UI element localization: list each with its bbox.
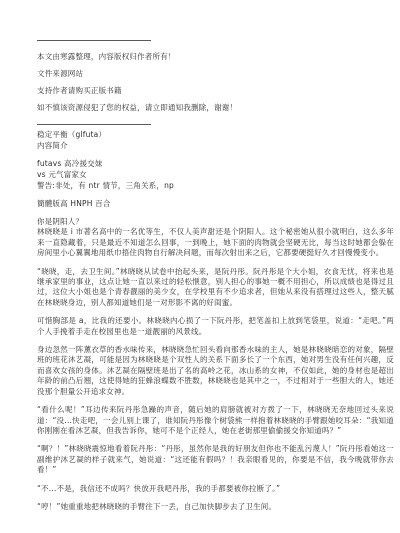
story-paragraph: “晓晓，走，去卫生间。”林晓晓从试卷中抬起头来，是阮丹彤。阮丹彤是个大小姐，衣食… <box>37 267 394 309</box>
story-hook-line: 你是阴阳人？ <box>37 217 394 227</box>
section-label: 内容简介 <box>37 140 394 151</box>
notice-line-removal: 如不慎该资源侵犯了您的权益，请立即通知我删除，谢谢！ <box>37 103 394 112</box>
divider-line-bottom <box>37 124 151 125</box>
story-paragraph: 身边忽然一阵薰衣草的香水味传来，林晓晓急忙回头看向那香水味的主人，她是林晓晓暗恋… <box>37 345 394 397</box>
story-paragraph: “不...不是，我信还不成吗？快放开我吧丹彤，我的手都要被你拉断了。” <box>37 484 394 494</box>
tag-line-warning: 警告:非处，有 ntr 情节，三角关系，np <box>37 180 394 191</box>
story-paragraph: 林晓晓是 i 市著名高中的一名优等生，不仅人美声甜还是个阴阳人。这个秘密她从很小… <box>37 227 394 258</box>
notice-line-support: 支持作者请购买正版书籍 <box>37 86 394 95</box>
story-paragraph: “啊？！”林晓晓震惊地看着阮丹彤：“丹彤，虽然你是我的好朋友但你也不能乱污蔑人！… <box>37 444 394 475</box>
notice-line-source: 本文由寒露整理，内容版权归作者所有！ <box>37 52 394 61</box>
story-paragraph: 可惜胸部是 a，比我的还要小。林晓晓内心损了一下阮丹彤，把笔盖扣上放到笔袋里，说… <box>37 316 394 337</box>
tag-line-pairing-1: futavs 高冷援交妹 <box>37 158 394 169</box>
tag-block: futavs 高冷援交妹 vs 元气富家女 警告:非处，有 ntr 情节，三角关… <box>37 158 394 191</box>
ebook-page: 本文由寒露整理，内容版权归作者所有！ 文件来源网站 支持作者请购买正版书籍 如不… <box>0 0 400 533</box>
story-synopsis: 你是阴阳人？ 林晓晓是 i 市著名高中的一名优等生，不仅人美声甜还是个阴阳人。这… <box>37 217 394 512</box>
edition-note: 簡體版高 HNPH 百合 <box>37 198 394 209</box>
story-paragraph: “哼！”她重重地把林晓晓的手臂往下一丢，自己加快脚步去了卫生间。 <box>37 502 394 512</box>
divider-line-top <box>37 40 151 41</box>
book-title: 稳定平衡（glfuta） <box>37 129 394 140</box>
story-paragraph: “看什么呢！”耳边传来阮丹彤急躁的声音，随后她的肩膀就被对方拨了一下，林晓晓无奈… <box>37 405 394 436</box>
notice-line-site: 文件来源网站 <box>37 69 394 78</box>
tag-line-pairing-2: vs 元气富家女 <box>37 169 394 180</box>
